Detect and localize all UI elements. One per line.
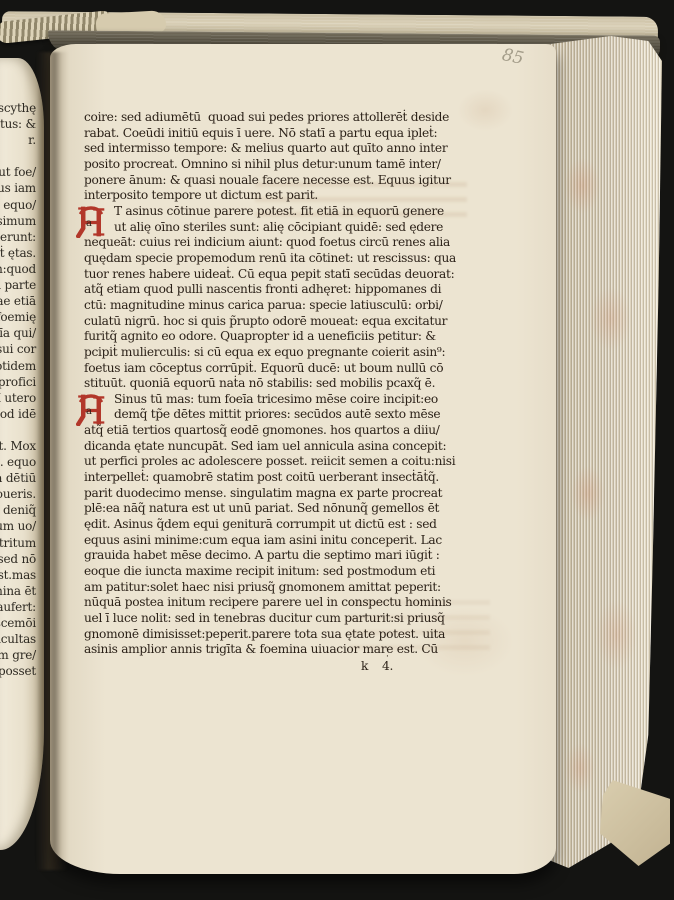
- facing-page-line: q̃ ī utero: [0, 390, 36, 406]
- text-line: tuor renes habere uideaṫ. Cū equa pepit …: [84, 267, 469, 283]
- text-line: atq̃ etiā tertios quartosq̃ eodē gnomone…: [84, 423, 469, 439]
- facing-page-line: gnoueris.: [0, 486, 36, 502]
- facing-page-line: cesimum: [0, 213, 36, 229]
- facing-page-line: um:quod: [0, 261, 36, 277]
- facing-page-text-fragments: olē.scythęfoetus: &r.fit ut foe/ēpus iam…: [0, 100, 36, 679]
- text-line: uel ī luce nolit: sed in tenebras ducitu…: [84, 611, 469, 627]
- facing-page-line: ita equo/: [0, 197, 36, 213]
- facing-page-line: s posset: [0, 663, 36, 679]
- facing-page-line: ēpus iam: [0, 180, 36, 196]
- text-line: interposito tempore ut dictum est parit.: [84, 188, 469, 204]
- text-line: ut perfici proles ac adolescere posset. …: [84, 454, 469, 470]
- text-line: culatū nigrū. hoc si quis p̃rupto odorē …: [84, 314, 469, 330]
- cover-corner: [600, 780, 670, 866]
- rubricated-initial: a: [76, 205, 108, 238]
- facing-page-line: s a dētiū: [0, 470, 36, 486]
- page: 85 coire: sed adiumētū quoad sui pedes p…: [50, 44, 556, 874]
- facing-page-line: quod idē: [0, 406, 36, 422]
- text-line: sed intermisso tempore: & melius quarto …: [84, 141, 469, 157]
- facing-page-line: u: deniq̃: [0, 502, 36, 518]
- text-line: stituūt. quoniā equorū naṫa nō stabilis:…: [84, 376, 469, 392]
- guide-letter: a: [86, 407, 92, 417]
- guide-letter: a: [86, 219, 92, 229]
- rubricated-initial: a: [76, 393, 108, 426]
- text-line: am patitur:solet haec nisi priusq̃ gnomo…: [84, 580, 469, 596]
- signature-letter: k: [361, 659, 368, 673]
- facing-page-line: emina ēt: [0, 583, 36, 599]
- facing-page-line: abiṫ ętas.: [0, 245, 36, 261]
- text-line: ctū: magnitudine minus carica parua: spe…: [84, 298, 469, 314]
- text-line: equus asini minime:cum equa iam asini in…: [84, 533, 469, 549]
- text-line: interpelleṫ: quamobrē statim post coitū …: [84, 470, 469, 486]
- text-line: ędit. Asinus q̃dem equi geniturā corrump…: [84, 517, 469, 533]
- text-line: parit duodecimo mense. singulatim magna …: [84, 486, 469, 502]
- facing-page-line: lem parte: [0, 277, 36, 293]
- facing-page-line: egerunt:: [0, 229, 36, 245]
- facing-page-line: olē.scythę: [0, 100, 36, 116]
- facing-page-line: [0, 422, 36, 438]
- facing-page-edge: olē.scythęfoetus: &r.fit ut foe/ēpus iam…: [0, 58, 44, 850]
- facing-page-line: fit ut foe/: [0, 164, 36, 180]
- facing-page-line: foetus: &: [0, 116, 36, 132]
- facing-page-line: attritum: [0, 535, 36, 551]
- facing-page-line: uscemōi: [0, 615, 36, 631]
- paragraph: aSinus tū mas: tum foeīa tricesimo mēse …: [84, 392, 469, 658]
- facing-page-line: is sui cor: [0, 341, 36, 357]
- paragraph: aT asinus cōtinue parere potest. fit eti…: [84, 204, 469, 392]
- text-block: coire: sed adiumētū quoad sui pedes prio…: [84, 110, 469, 676]
- facing-page-line: ē aufert:: [0, 599, 36, 615]
- facing-page-line: it profici: [0, 374, 36, 390]
- facing-page-line: q̃ foemię: [0, 309, 36, 325]
- text-line: plē:ea nāq̃ natura est ut unū pariat. Se…: [84, 501, 469, 517]
- text-line: coire: sed adiumētū quoad sui pedes prio…: [84, 110, 469, 126]
- text-line: ut alię oīno steriles sunt: alię cōcipia…: [84, 220, 469, 236]
- text-line: ponere ānum: & quasi nouale facere neces…: [84, 173, 469, 189]
- text-line: quędam specie propemodum renū ita cōtine…: [84, 251, 469, 267]
- text-line: nūquā postea initum recipere parere uel …: [84, 595, 469, 611]
- facing-page-line: num uo/: [0, 518, 36, 534]
- folio-number: 85: [500, 45, 525, 69]
- text-line: pcipiṫ mulierculis: si cū equa ex equo p…: [84, 345, 469, 361]
- text-line: furitq̃ agnito eo odore. Quapropter id a…: [84, 329, 469, 345]
- text-line: nequeāt: cuius rei indicium aiunt: quod …: [84, 235, 469, 251]
- facing-page-line: emīa qui/: [0, 325, 36, 341]
- book-photo: olē.scythęfoetus: &r.fit ut foe/ēpus iam…: [0, 0, 674, 900]
- facing-page-line: ullae etiā: [0, 293, 36, 309]
- text-line: asinis amplior annis trigīta & foemina u…: [84, 642, 469, 658]
- facing-page-line: r est.mas: [0, 567, 36, 583]
- quire-signature: k4.: [84, 658, 469, 676]
- text-line: eoque die iuncta maxime recipit initum: …: [84, 564, 469, 580]
- facing-page-line: :facultas: [0, 631, 36, 647]
- facing-page-line: [0, 148, 36, 164]
- text-line: foetus iam cōceptus corrūpiṫ. Equorū duc…: [84, 361, 469, 377]
- text-line: atq̃ etiam quod pulli nascentis fronti a…: [84, 282, 469, 298]
- signature-number: 4.: [382, 659, 393, 673]
- text-line: demq̃ tp̃e dētes mittit priores: secūdos…: [84, 407, 469, 423]
- text-line: grauida habet mēse decimo. A partu die s…: [84, 548, 469, 564]
- facing-page-line: unt. Mox: [0, 438, 36, 454]
- facing-page-line: n̄: sed nō: [0, 551, 36, 567]
- text-line: T asinus cōtinue parere potest. fit etiā…: [84, 204, 469, 220]
- facing-page-line: tum gre/: [0, 647, 36, 663]
- facing-page-line: r.: [0, 132, 36, 148]
- text-line: posito procreat. Omnino si nihil plus de…: [84, 157, 469, 173]
- text-line: gnomonē dimisisset:peperit.parere tota s…: [84, 627, 469, 643]
- facing-page-line: s totidem: [0, 358, 36, 374]
- facing-page-line: ore. equo: [0, 454, 36, 470]
- text-line: Sinus tū mas: tum foeīa tricesimo mēse c…: [84, 392, 469, 408]
- text-line: dicanda ętate nuncupāt. Sed iam uel anni…: [84, 439, 469, 455]
- paragraph: coire: sed adiumētū quoad sui pedes prio…: [84, 110, 469, 204]
- text-line: rabat. Coeūdi initiū equis ī uere. Nō st…: [84, 126, 469, 142]
- fore-edge: [548, 36, 662, 868]
